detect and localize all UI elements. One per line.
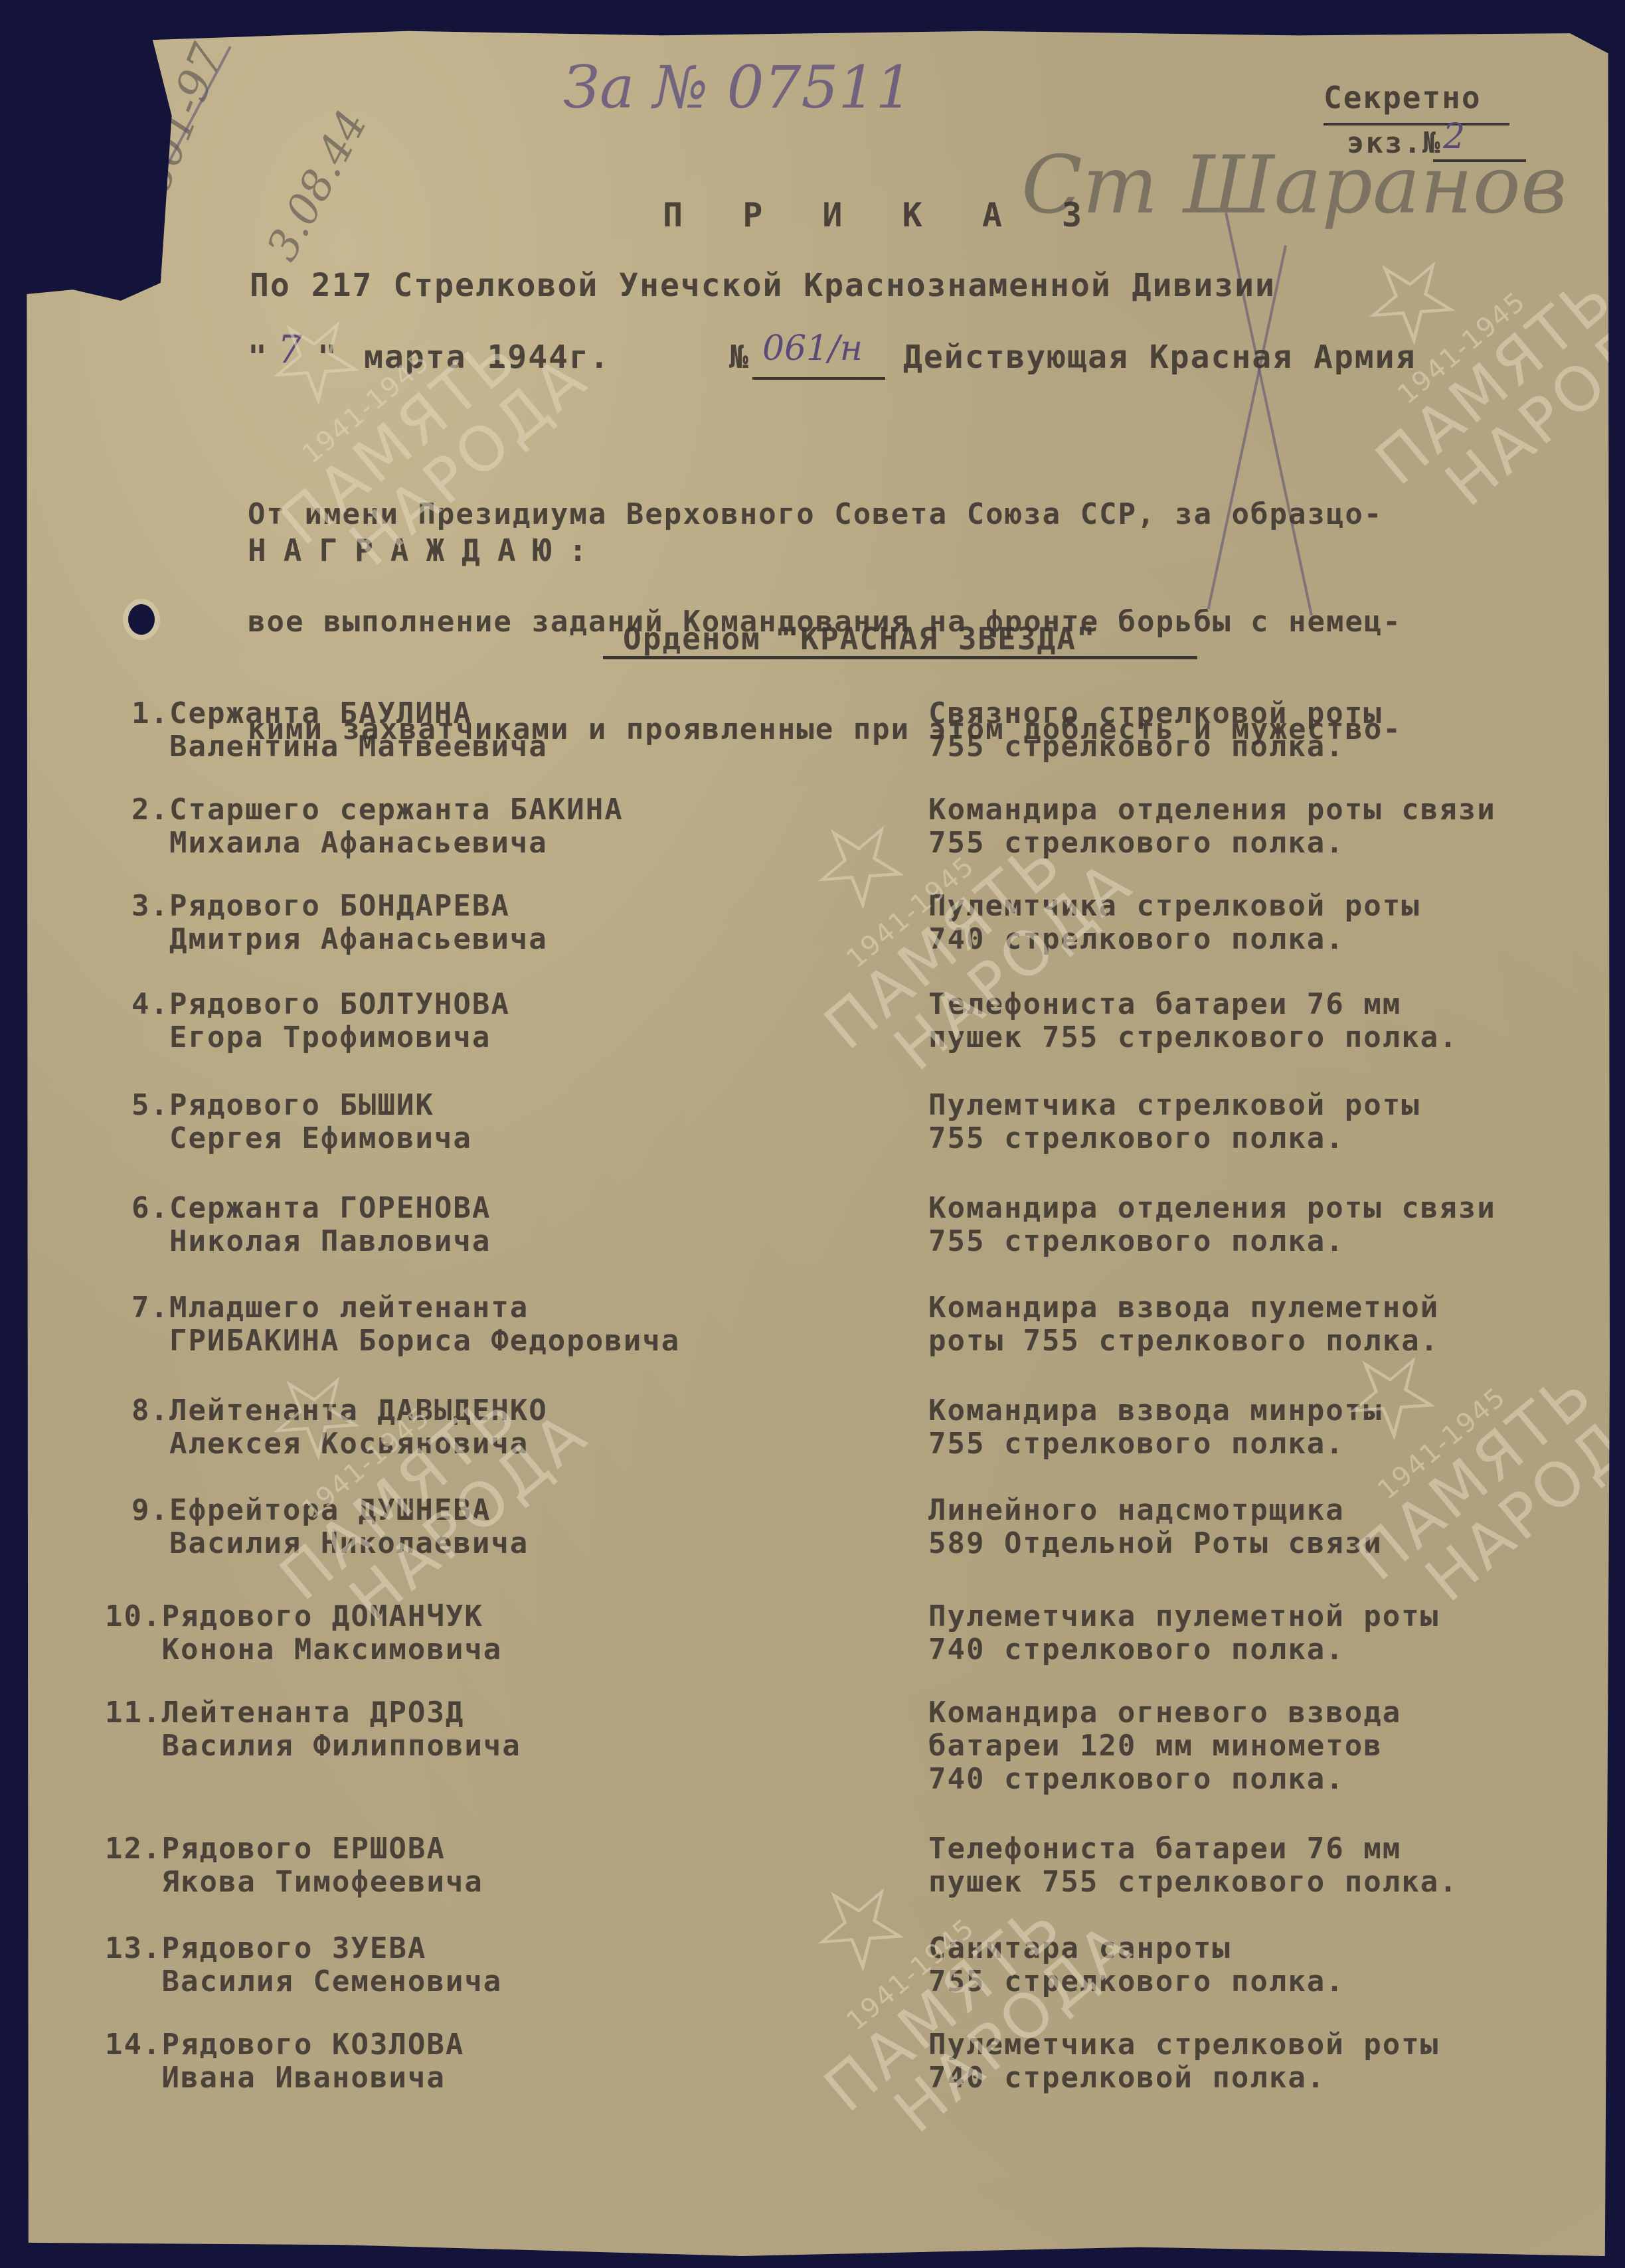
entry-position-line: Командира огневого взвода bbox=[928, 1696, 1401, 1730]
award-entry-position: Командира огневого взводабатареи 120 мм … bbox=[928, 1696, 1401, 1796]
entry-given-names: Егора Трофимовича bbox=[131, 1021, 510, 1054]
award-entry-name: 12.Рядового ЕРШОВА Якова Тимофеевича bbox=[105, 1832, 483, 1899]
handwritten-top-left-date: 3.08.44 bbox=[258, 102, 377, 268]
watermark-line2: НАРОДА bbox=[1436, 285, 1625, 516]
entry-position-line: батареи 120 мм минометов bbox=[928, 1730, 1401, 1763]
award-entry-name: 1.Сержанта БАУЛИНА Валентина Матвеевича bbox=[131, 697, 548, 764]
entry-position-line: Командира взвода минроты bbox=[928, 1394, 1383, 1427]
entry-rank-surname: 2.Старшего сержанта БАКИНА bbox=[131, 793, 624, 827]
entry-position-line: Телефониста батареи 76 мм bbox=[928, 1832, 1458, 1866]
award-entry-name: 9.Ефрейтора ДУШНЕВА Василия Николаевича bbox=[131, 1494, 529, 1560]
entry-rank-surname: 7.Младшего лейтенанта bbox=[131, 1291, 680, 1325]
entry-position-line: 740 стрелковой полка. bbox=[928, 2062, 1439, 2095]
date-day: 7 bbox=[278, 327, 302, 372]
award-entry-name: 7.Младшего лейтенанта ГРИБАКИНА Бориса Ф… bbox=[131, 1291, 680, 1358]
entry-rank-surname: 8.Лейтенанта ДАВЫДЕНКО bbox=[131, 1394, 548, 1427]
entry-given-names: Ивана Ивановича bbox=[105, 2062, 464, 2095]
entry-given-names: Сергея Ефимовича bbox=[131, 1122, 472, 1155]
award-entry-position: Командира взвода минроты755 стрелкового … bbox=[928, 1394, 1383, 1461]
entry-rank-surname: 12.Рядового ЕРШОВА bbox=[105, 1832, 483, 1866]
award-entry-position: Командира взвода пулеметнойроты 755 стре… bbox=[928, 1291, 1439, 1358]
entry-position-line: 589 Отдельной Роты связи bbox=[928, 1527, 1383, 1560]
date-open-quote: " bbox=[248, 339, 268, 376]
entry-given-names: Валентина Матвеевича bbox=[131, 730, 548, 764]
entry-given-names: Василия Семеновича bbox=[105, 1965, 502, 1998]
classification-underline bbox=[1324, 123, 1509, 125]
order-name-heading: Орденом "КРАСНАЯ ЗВЕЗДА" bbox=[623, 621, 1096, 657]
entry-position-line: Командира отделения роты связи bbox=[928, 1192, 1496, 1225]
order-number: 061/н bbox=[762, 329, 863, 368]
handwritten-top-center-note: За № 07511 bbox=[563, 53, 912, 121]
entry-position-line: 755 стрелкового полка. bbox=[928, 730, 1383, 764]
entry-position-line: 755 стрелкового полка. bbox=[928, 1427, 1383, 1461]
award-entry-name: 5.Рядового БЫШИК Сергея Ефимовича bbox=[131, 1089, 472, 1155]
entry-rank-surname: 1.Сержанта БАУЛИНА bbox=[131, 697, 548, 730]
copy-number: 2 bbox=[1443, 117, 1465, 157]
handwritten-signature: Ст Шаранов bbox=[1021, 139, 1567, 232]
document-title: П Р И К А З bbox=[663, 196, 1102, 234]
award-entry-position: Командира отделения роты связи755 стрелк… bbox=[928, 1192, 1496, 1258]
watermark-line1: ПАМЯТЬ bbox=[270, 1354, 559, 1611]
location-line: Действующая Красная Армия bbox=[903, 339, 1416, 376]
entry-given-names: Николая Павловича bbox=[131, 1225, 491, 1258]
award-entry-name: 14.Рядового КОЗЛОВА Ивана Ивановича bbox=[105, 2028, 464, 2095]
award-entry-name: 4.Рядового БОЛТУНОВА Егора Трофимовича bbox=[131, 988, 510, 1054]
award-entry-position: Пулемтчика стрелковой роты755 стрелковог… bbox=[928, 1089, 1420, 1155]
entry-rank-surname: 9.Ефрейтора ДУШНЕВА bbox=[131, 1494, 529, 1527]
entry-rank-surname: 3.Рядового БОНДАРЕВА bbox=[131, 890, 548, 923]
classification-label: Секретно bbox=[1324, 80, 1482, 116]
entry-position-line: Телефониста батареи 76 мм bbox=[928, 988, 1458, 1021]
award-entry-name: 2.Старшего сержанта БАКИНА Михаила Афана… bbox=[131, 793, 624, 860]
punch-hole bbox=[128, 604, 155, 635]
entry-position-line: 740 стрелкового полка. bbox=[928, 1633, 1439, 1666]
order-number-underline bbox=[752, 377, 885, 380]
entry-position-line: 755 стрелкового полка. bbox=[928, 1225, 1496, 1258]
award-entry-position: Пулеметчика стрелковой роты740 стрелково… bbox=[928, 2028, 1439, 2095]
date-close-quote: " bbox=[317, 339, 338, 376]
award-entry-position: Командира отделения роты связи755 стрелк… bbox=[928, 793, 1496, 860]
entry-position-line: Пулемтчика стрелковой роты bbox=[928, 890, 1420, 923]
entry-position-line: 740 стрелкового полка. bbox=[928, 923, 1420, 956]
copy-label: экз.№ bbox=[1347, 126, 1441, 160]
award-entry-name: 11.Лейтенанта ДРОЗД Василия Филипповича bbox=[105, 1696, 521, 1763]
pencil-slash-line bbox=[98, 46, 232, 293]
entry-given-names: Конона Максимовича bbox=[105, 1633, 502, 1666]
entry-position-line: Пулеметчика стрелковой роты bbox=[928, 2028, 1439, 2062]
watermark-line1: ПАМЯТЬ bbox=[1346, 1335, 1625, 1591]
entry-position-line: Связного стрелковой роты bbox=[928, 697, 1383, 730]
entry-position-line: 755 стрелкового полка. bbox=[928, 827, 1496, 860]
award-entry-name: 10.Рядового ДОМАНЧУК Конона Максимовича bbox=[105, 1600, 502, 1666]
order-name-underline bbox=[603, 656, 1197, 659]
entry-position-line: Санитара санроты bbox=[928, 1932, 1345, 1965]
entry-given-names: Дмитрия Афанасьевича bbox=[131, 923, 548, 956]
document-page: 1801-97 3.08.44 За № 07511 Ст Шаранов Се… bbox=[25, 27, 1618, 2256]
award-entry-position: Пулемтчика стрелковой роты740 стрелковог… bbox=[928, 890, 1420, 956]
entry-position-line: 755 стрелкового полка. bbox=[928, 1965, 1345, 1998]
entry-given-names: ГРИБАКИНА Бориса Федоровича bbox=[131, 1325, 680, 1358]
entry-position-line: роты 755 стрелкового полка. bbox=[928, 1325, 1439, 1358]
entry-given-names: Якова Тимофеевича bbox=[105, 1866, 483, 1899]
handwritten-top-left-note: 1801-97 bbox=[118, 37, 234, 225]
award-entry-position: Линейного надсмотрщика589 Отдельной Роты… bbox=[928, 1494, 1383, 1560]
number-sign: № bbox=[729, 339, 750, 376]
entry-given-names: Василия Николаевича bbox=[131, 1527, 529, 1560]
entry-position-line: Командира отделения роты связи bbox=[928, 793, 1496, 827]
award-entry-position: Телефониста батареи 76 ммпушек 755 стрел… bbox=[928, 988, 1458, 1054]
award-entry-name: 3.Рядового БОНДАРЕВА Дмитрия Афанасьевич… bbox=[131, 890, 548, 956]
award-entry-position: Санитара санроты755 стрелкового полка. bbox=[928, 1932, 1345, 1998]
entry-rank-surname: 11.Лейтенанта ДРОЗД bbox=[105, 1696, 521, 1730]
award-entry-position: Телефониста батареи 76 ммпушек 755 стрел… bbox=[928, 1832, 1458, 1899]
entry-rank-surname: 6.Сержанта ГОРЕНОВА bbox=[131, 1192, 491, 1225]
entry-rank-surname: 4.Рядового БОЛТУНОВА bbox=[131, 988, 510, 1021]
preamble-line: От имени Президиума Верховного Совета Со… bbox=[248, 497, 1402, 532]
entry-given-names: Василия Филипповича bbox=[105, 1730, 521, 1763]
entry-position-line: пушек 755 стрелкового полка. bbox=[928, 1866, 1458, 1899]
award-entry-name: 8.Лейтенанта ДАВЫДЕНКО Алексея Косьянови… bbox=[131, 1394, 548, 1461]
entry-position-line: Линейного надсмотрщика bbox=[928, 1494, 1383, 1527]
award-entry-name: 6.Сержанта ГОРЕНОВА Николая Павловича bbox=[131, 1192, 491, 1258]
award-entry-position: Связного стрелковой роты755 стрелкового … bbox=[928, 697, 1383, 764]
award-entry-name: 13.Рядового ЗУЕВА Василия Семеновича bbox=[105, 1932, 502, 1998]
date-month-year: марта 1944г. bbox=[364, 339, 610, 376]
copy-underline bbox=[1433, 159, 1526, 162]
entry-rank-surname: 5.Рядового БЫШИК bbox=[131, 1089, 472, 1122]
entry-rank-surname: 14.Рядового КОЗЛОВА bbox=[105, 2028, 464, 2062]
division-line: По 217 Стрелковой Унечской Краснознаменн… bbox=[250, 267, 1276, 304]
award-entry-position: Пулеметчика пулеметной роты740 стрелково… bbox=[928, 1600, 1439, 1666]
entry-position-line: 740 стрелкового полка. bbox=[928, 1763, 1401, 1796]
entry-position-line: пушек 755 стрелкового полка. bbox=[928, 1021, 1458, 1054]
entry-position-line: Пулемтчика стрелковой роты bbox=[928, 1089, 1420, 1122]
entry-rank-surname: 13.Рядового ЗУЕВА bbox=[105, 1932, 502, 1965]
entry-given-names: Алексея Косьяновича bbox=[131, 1427, 548, 1461]
award-word: НАГРАЖДАЮ: bbox=[248, 532, 604, 568]
entry-given-names: Михаила Афанасьевича bbox=[131, 827, 624, 860]
entry-rank-surname: 10.Рядового ДОМАНЧУК bbox=[105, 1600, 502, 1633]
entry-position-line: Командира взвода пулеметной bbox=[928, 1291, 1439, 1325]
entry-position-line: Пулеметчика пулеметной роты bbox=[928, 1600, 1439, 1633]
watermark-line2: НАРОДА bbox=[1416, 1381, 1625, 1611]
entry-position-line: 755 стрелкового полка. bbox=[928, 1122, 1420, 1155]
watermark-years: 1941-1945 bbox=[1392, 216, 1616, 410]
